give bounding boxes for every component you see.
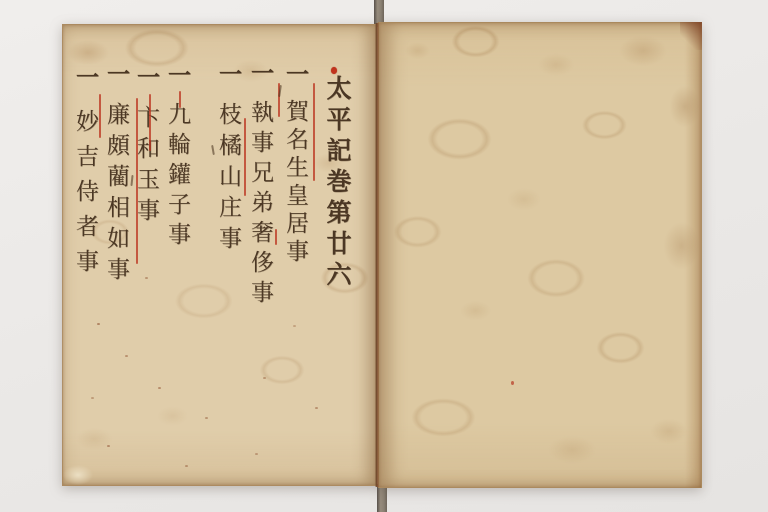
entry-marker: 一 xyxy=(247,61,274,91)
toc-entry: 一枝橘山庄事 xyxy=(216,62,240,257)
toc-entry: 一妙吉侍者事 xyxy=(73,65,97,284)
left-page: 太平記巻第廿六 一賀名生皇居事 一執事兄弟奢侈事 一枝橘山庄事 一九輪鑵子事 一… xyxy=(62,24,377,486)
vermilion-dot xyxy=(331,67,337,74)
vermilion-furigana-mark xyxy=(275,229,277,245)
vermilion-guide-line xyxy=(313,83,315,181)
entry-title: 廉頗藺相如事 xyxy=(103,102,129,288)
entry-title: 妙吉侍者事 xyxy=(72,109,98,284)
entry-marker: 一 xyxy=(164,63,191,93)
foxing-specks xyxy=(63,25,64,26)
toc-entry: 一廉頗藺相如事 xyxy=(104,62,128,288)
entry-marker: 一 xyxy=(72,65,99,100)
worn-corner-patch xyxy=(63,465,93,485)
vermilion-guide-line xyxy=(179,91,181,108)
entry-title: 九輪鑵子事 xyxy=(164,102,190,252)
entry-title: 賀名生皇居事 xyxy=(282,99,308,267)
furigana-ink-mark xyxy=(278,85,282,97)
entry-marker: 一 xyxy=(215,62,242,93)
volume-title: 太平記巻第廿六 xyxy=(325,75,350,292)
entry-marker: 一 xyxy=(133,65,160,96)
toc-entry: 一九輪鑵子事 xyxy=(165,63,189,252)
entry-title: 枝橘山庄事 xyxy=(215,102,241,257)
gutter-crease xyxy=(375,23,379,487)
manuscript-book: 太平記巻第廿六 一賀名生皇居事 一執事兄弟奢侈事 一枝橘山庄事 一九輪鑵子事 一… xyxy=(60,22,706,490)
vermilion-guide-line xyxy=(149,94,151,151)
vermilion-guide-line xyxy=(136,98,138,264)
entry-marker: 一 xyxy=(103,62,130,93)
toc-entry: 一賀名生皇居事 xyxy=(283,62,307,267)
toc-entry: 一執事兄弟奢侈事 xyxy=(248,61,272,310)
vermilion-speck xyxy=(511,381,514,385)
vermilion-guide-line xyxy=(244,118,246,196)
entry-title: 執事兄弟奢侈事 xyxy=(247,100,273,310)
entry-marker: 一 xyxy=(282,62,309,90)
vermilion-guide-line xyxy=(99,94,101,138)
right-page xyxy=(378,22,702,488)
corner-stain xyxy=(680,22,702,50)
photo-backdrop: 太平記巻第廿六 一賀名生皇居事 一執事兄弟奢侈事 一枝橘山庄事 一九輪鑵子事 一… xyxy=(0,0,768,512)
